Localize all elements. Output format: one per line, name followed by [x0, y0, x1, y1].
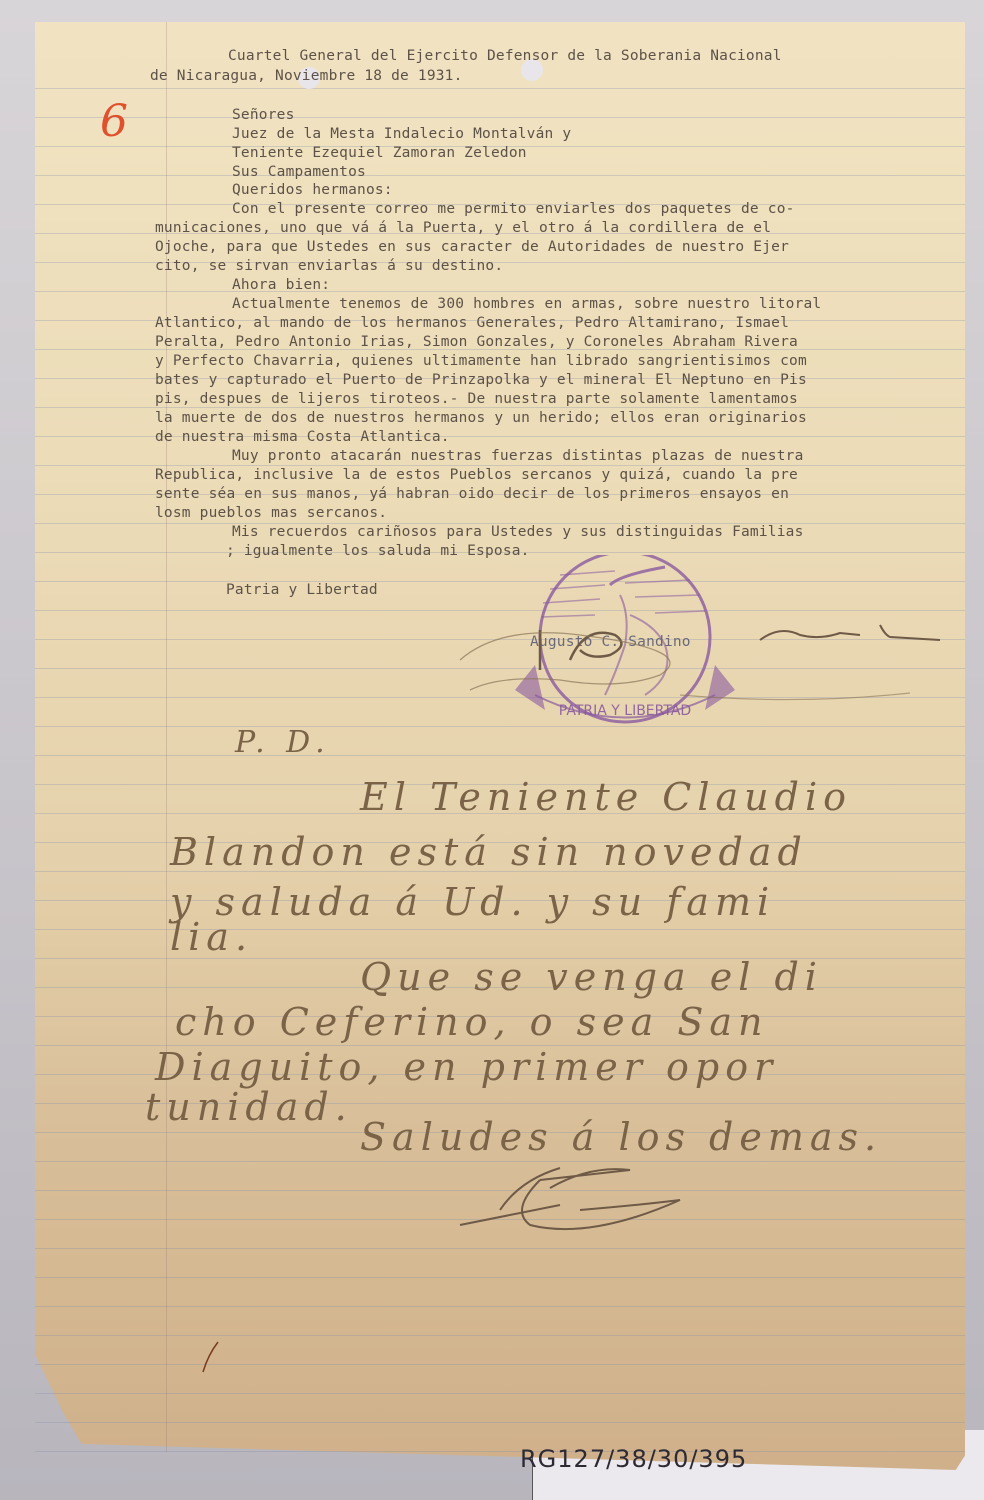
body-line: y Perfecto Chavarria, quienes ultimament…	[155, 353, 807, 369]
body-line: losm pueblos mas sercanos.	[155, 505, 387, 521]
body-line: Ojoche, para que Ustedes en sus caracter…	[155, 239, 789, 255]
body-line: pis, despues de lijeros tiroteos.- De nu…	[155, 391, 798, 407]
postscript-line: tunidad.	[145, 1085, 353, 1129]
recipient-line-1: Juez de la Mesta Indalecio Montalván y	[232, 126, 571, 142]
body-line: Con el presente correo me permito enviar…	[232, 201, 795, 217]
recipient-title: Señores	[232, 107, 295, 123]
body-line: Muy pronto atacarán nuestras fuerzas dis…	[232, 448, 804, 464]
recipient-line-3: Sus Campamentos	[232, 164, 366, 180]
heading-line-2: de Nicaragua, Noviembre 18 de 1931.	[150, 68, 463, 84]
postscript-line: y saluda á Ud. y su fami	[170, 880, 775, 924]
postscript-line: Diaguito, en primer opor	[155, 1045, 778, 1089]
body-line: de nuestra misma Costa Atlantica.	[155, 429, 450, 445]
pencil-mark-icon	[200, 1340, 220, 1375]
postscript-marker: P. D.	[235, 725, 331, 760]
postscript-line: Que se venga el di	[360, 955, 823, 999]
body-line: Mis recuerdos cariñosos para Ustedes y s…	[232, 524, 804, 540]
heading-line-1: Cuartel General del Ejercito Defensor de…	[228, 48, 782, 64]
body-line: Ahora bien:	[232, 277, 330, 293]
postscript-line: El Teniente Claudio	[360, 775, 852, 819]
postscript-line: cho Ceferino, o sea San	[175, 1000, 769, 1044]
folio-number: 6	[100, 96, 128, 147]
recipient-line-2: Teniente Ezequiel Zamoran Zeledon	[232, 145, 527, 161]
postscript-line: Saludes á los demas.	[360, 1115, 882, 1159]
body-line: ; igualmente los saluda mi Esposa.	[226, 543, 530, 559]
archive-reference-label: RG127/38/30/395	[520, 1445, 747, 1473]
body-line: cito, se sirvan enviarlas á su destino.	[155, 258, 503, 274]
margin-line	[166, 22, 167, 1452]
postscript-line: Blandon está sin novedad	[170, 830, 808, 874]
body-line: bates y capturado el Puerto de Prinzapol…	[155, 372, 807, 388]
body-line: municaciones, uno que vá á la Puerta, y …	[155, 220, 771, 236]
body-line: Republica, inclusive la de estos Pueblos…	[155, 467, 798, 483]
postscript-line: lia.	[170, 915, 253, 959]
body-line: sente séa en sus manos, yá habran oido d…	[155, 486, 789, 502]
body-line: Peralta, Pedro Antonio Irias, Simon Gonz…	[155, 334, 798, 350]
greeting: Queridos hermanos:	[232, 182, 393, 198]
body-line: la muerte de dos de nuestros hermanos y …	[155, 410, 807, 426]
closing: Patria y Libertad	[226, 582, 378, 598]
body-line: Atlantico, al mando de los hermanos Gene…	[155, 315, 789, 331]
body-line: Actualmente tenemos de 300 hombres en ar…	[232, 296, 821, 312]
signature-scrawl-icon	[440, 605, 960, 725]
initials-signature-icon	[440, 1160, 720, 1260]
